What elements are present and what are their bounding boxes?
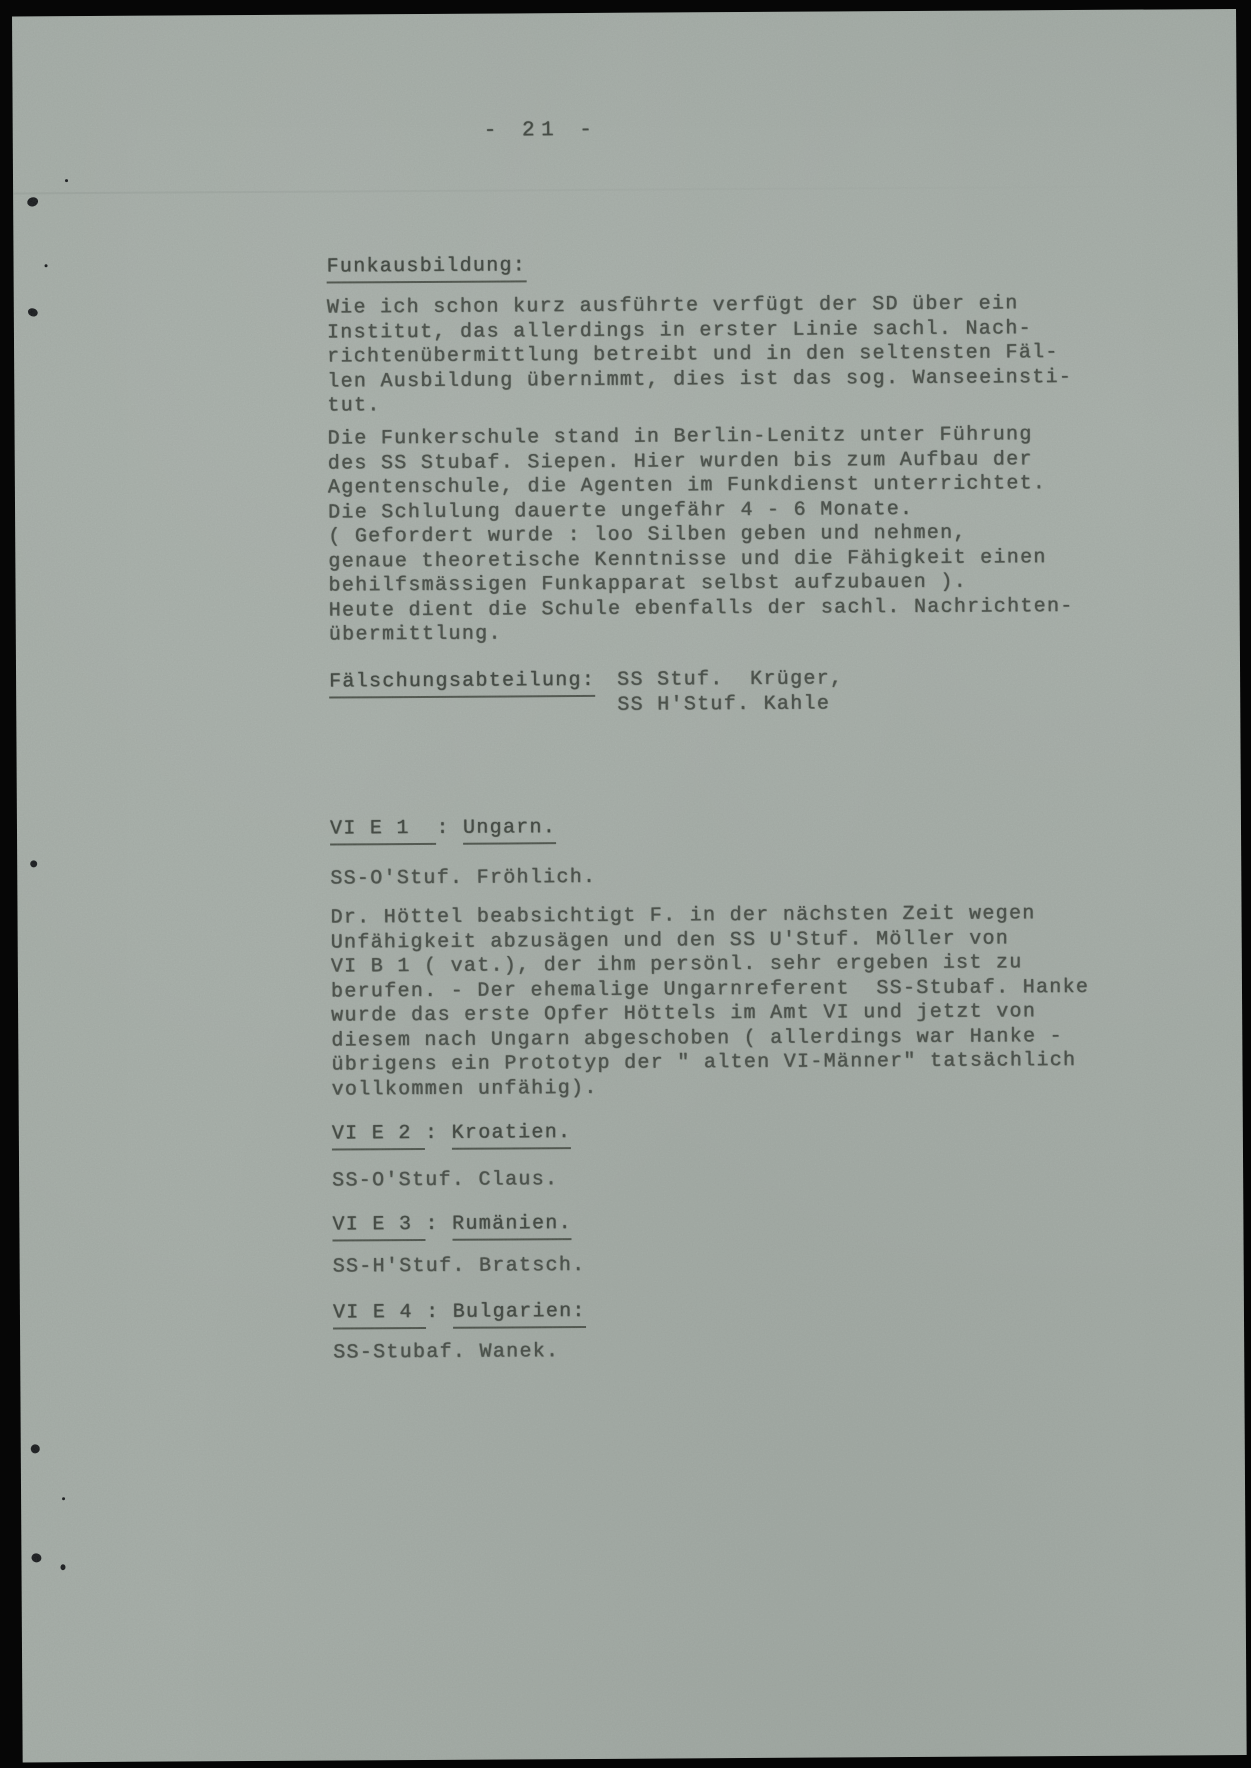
- vie3-officer: SS-H'Stuf. Bratsch.: [333, 1254, 586, 1280]
- ink-speck: [27, 307, 39, 318]
- paragraph-line: übermittlung.: [329, 619, 1074, 648]
- ink-speck: [65, 179, 68, 182]
- paragraph-line: tut.: [327, 390, 1072, 419]
- vie3-separator: :: [425, 1213, 452, 1236]
- heading-faelschungsabteilung: Fälschungsabteilung:: [329, 669, 595, 698]
- funk-paragraph-2: Die Funkerschule stand in Berlin-Lenitz …: [328, 423, 1074, 648]
- paragraph-line: übrigens ein Prototyp der " alten VI-Män…: [331, 1049, 1089, 1078]
- section-vie1-heading: VI E 1 : Ungarn.: [330, 816, 556, 845]
- vie2-country: Kroatien.: [452, 1121, 572, 1149]
- vie2-officer: SS-O'Stuf. Claus.: [332, 1168, 558, 1194]
- ink-speck: [26, 196, 39, 208]
- funk-paragraph-1: Wie ich schon kurz ausführte verfügt der…: [327, 292, 1073, 419]
- officer-name: SS Stuf. Krüger,: [617, 667, 843, 693]
- paragraph-line: Agentenschule, die Agenten im Funkdienst…: [328, 472, 1073, 501]
- vie2-code: VI E 2: [332, 1122, 425, 1150]
- paper-sheet: - 21 - Funkausbildung: Wie ich schon kur…: [12, 9, 1247, 1762]
- section-faelschungsabteilung: Fälschungsabteilung: SS Stuf. Krüger, SS…: [329, 667, 843, 719]
- vie1-separator: :: [436, 817, 463, 840]
- vie1-code: VI E 1: [330, 817, 437, 845]
- vie1-officer: SS-O'Stuf. Fröhlich.: [330, 866, 596, 892]
- ink-speck: [45, 264, 48, 267]
- paragraph-line: Heute dient die Schule ebenfalls der sac…: [329, 595, 1074, 624]
- vie1-country: Ungarn.: [463, 816, 556, 844]
- paragraph-line: vollkommen unfähig).: [332, 1073, 1090, 1102]
- section-funkausbildung-heading: Funkausbildung:: [326, 254, 526, 283]
- vie2-separator: :: [425, 1122, 452, 1145]
- heading-funkausbildung: Funkausbildung:: [326, 254, 526, 283]
- ink-speck: [31, 1552, 43, 1563]
- ink-speck: [30, 1444, 40, 1454]
- page-number: - 21 -: [484, 119, 599, 144]
- vie4-code: VI E 4: [333, 1301, 426, 1329]
- officer-name: SS H'Stuf. Kahle: [617, 692, 843, 718]
- ink-speck: [30, 860, 37, 867]
- scanned-document-page: { "page_number": "- 21 -", "funk": { "he…: [0, 0, 1251, 1768]
- vie3-code: VI E 3: [332, 1213, 425, 1241]
- vie3-country: Rumänien.: [452, 1212, 572, 1240]
- section-vie4-heading: VI E 4 : Bulgarien:: [333, 1300, 586, 1329]
- paragraph-line: len Ausbildung übernimmt, dies ist das s…: [327, 366, 1072, 395]
- paper-grain-texture: [12, 9, 1247, 1762]
- faelschung-names: SS Stuf. Krüger, SS H'Stuf. Kahle: [617, 667, 843, 717]
- vie1-paragraph: Dr. Höttel beabsichtigt F. in der nächst…: [330, 902, 1089, 1103]
- vie4-country: Bulgarien:: [453, 1300, 586, 1328]
- vie4-officer: SS-Stubaf. Wanek.: [333, 1340, 559, 1366]
- section-vie3-heading: VI E 3 : Rumänien.: [332, 1212, 572, 1241]
- vie4-separator: :: [426, 1301, 453, 1324]
- ink-speck: [62, 1497, 65, 1500]
- section-vie2-heading: VI E 2 : Kroatien.: [332, 1121, 572, 1150]
- ink-speck: [60, 1564, 65, 1570]
- paper-crease: [13, 185, 1237, 194]
